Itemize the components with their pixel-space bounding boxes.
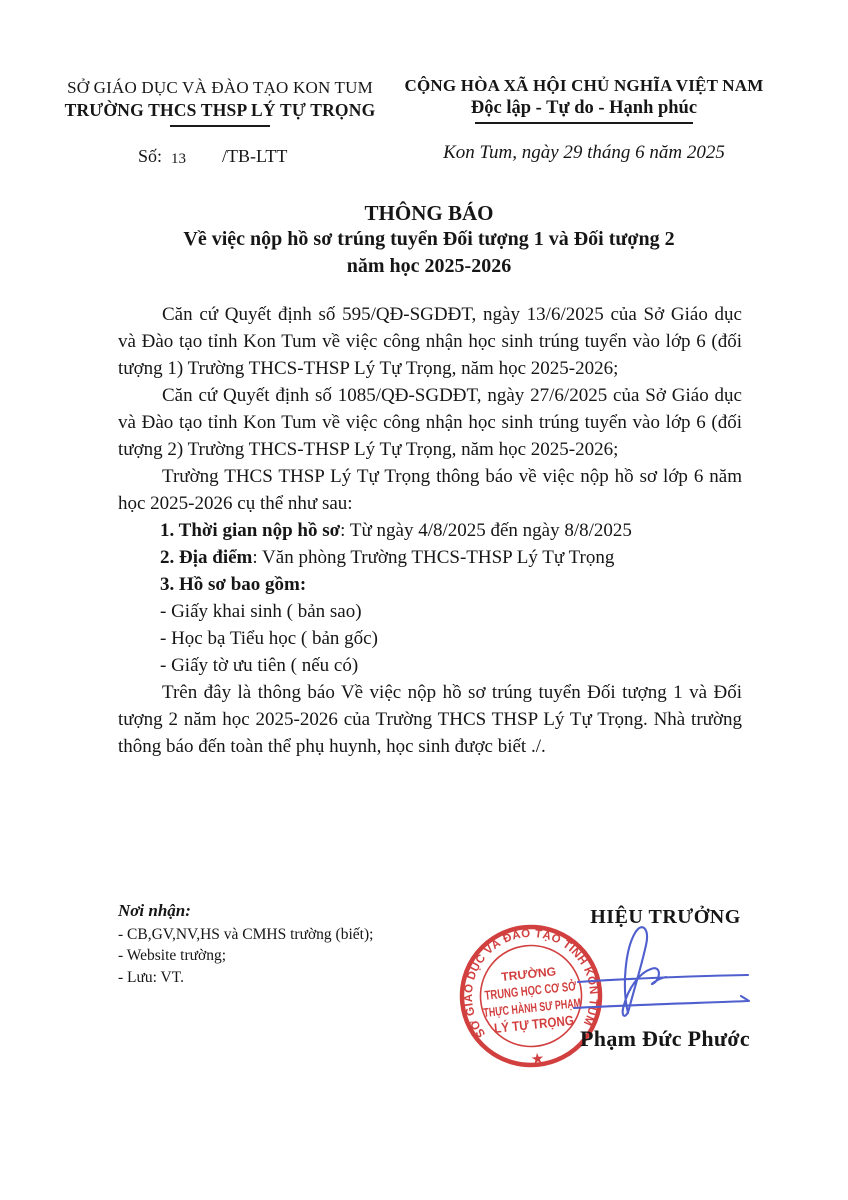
recipients-label: Nơi nhận: xyxy=(118,900,373,922)
item-2-label: 2. Địa điểm xyxy=(160,547,252,568)
nation-motto: Độc lập - Tự do - Hạnh phúc xyxy=(398,98,770,119)
signer-name: Phạm Đức Phước xyxy=(553,1026,777,1052)
stamp-star-icon: ★ xyxy=(530,1051,545,1068)
item-1-label: 1. Thời gian nộp hồ sơ xyxy=(160,520,340,541)
handwritten-signature xyxy=(548,918,848,1043)
signature-icon xyxy=(548,918,848,1043)
title-main: THÔNG BÁO xyxy=(112,200,746,226)
item-2-location: 2. Địa điểm: Văn phòng Trường THCS-THSP … xyxy=(118,544,742,571)
document-page: SỞ GIÁO DỤC VÀ ĐÀO TẠO KON TUM TRƯỜNG TH… xyxy=(0,0,848,1200)
paragraph-closing: Trên đây là thông báo Về việc nộp hồ sơ … xyxy=(118,679,742,760)
document-number: Số: 13 /TB-LTT xyxy=(138,146,287,167)
paragraph-basis-2: Căn cứ Quyết định số 1085/QĐ-SGDĐT, ngày… xyxy=(118,382,742,463)
doc-number-suffix: /TB-LTT xyxy=(222,146,287,167)
paragraph-intro: Trường THCS THSP Lý Tự Trọng thông báo v… xyxy=(118,463,742,517)
list-item-birth-certificate: - Giấy khai sinh ( bản sao) xyxy=(118,598,742,625)
doc-number-label: Số: xyxy=(138,146,162,167)
recipient-line: - Lưu: VT. xyxy=(118,967,373,989)
recipient-line: - Website trường; xyxy=(118,945,373,967)
item-1-time: 1. Thời gian nộp hồ sơ: Từ ngày 4/8/2025… xyxy=(118,517,742,544)
item-3-documents: 3. Hồ sơ bao gồm: xyxy=(118,571,742,598)
motto-underline xyxy=(475,122,693,124)
doc-number-value: 13 xyxy=(162,151,196,168)
recipients-block: Nơi nhận: - CB,GV,NV,HS và CMHS trường (… xyxy=(118,900,373,988)
org-department: SỞ GIÁO DỤC VÀ ĐÀO TẠO KON TUM xyxy=(52,78,388,98)
item-3-label: 3. Hồ sơ bao gồm: xyxy=(160,574,306,595)
issuing-org-block: SỞ GIÁO DỤC VÀ ĐÀO TẠO KON TUM TRƯỜNG TH… xyxy=(52,78,388,127)
list-item-school-record: - Học bạ Tiểu học ( bản gốc) xyxy=(118,625,742,652)
document-title-block: THÔNG BÁO Về việc nộp hồ sơ trúng tuyển … xyxy=(112,200,746,280)
document-body: Căn cứ Quyết định số 595/QĐ-SGDĐT, ngày … xyxy=(118,301,742,760)
title-subject: Về việc nộp hồ sơ trúng tuyển Đối tượng … xyxy=(112,226,746,253)
title-schoolyear: năm học 2025-2026 xyxy=(112,253,746,280)
org-underline xyxy=(170,125,270,127)
paragraph-basis-1: Căn cứ Quyết định số 595/QĐ-SGDĐT, ngày … xyxy=(118,301,742,382)
item-2-text: : Văn phòng Trường THCS-THSP Lý Tự Trọng xyxy=(252,547,614,568)
org-school: TRƯỜNG THCS THSP LÝ TỰ TRỌNG xyxy=(52,100,388,121)
nation-title: CỘNG HÒA XÃ HỘI CHỦ NGHĨA VIỆT NAM xyxy=(398,76,770,96)
national-motto-block: CỘNG HÒA XÃ HỘI CHỦ NGHĨA VIỆT NAM Độc l… xyxy=(398,76,770,124)
list-item-priority-papers: - Giấy tờ ưu tiên ( nếu có) xyxy=(118,652,742,679)
place-date-line: Kon Tum, ngày 29 tháng 6 năm 2025 xyxy=(398,142,770,164)
recipient-line: - CB,GV,NV,HS và CMHS trường (biết); xyxy=(118,924,373,946)
item-1-text: : Từ ngày 4/8/2025 đến ngày 8/8/2025 xyxy=(340,520,632,541)
